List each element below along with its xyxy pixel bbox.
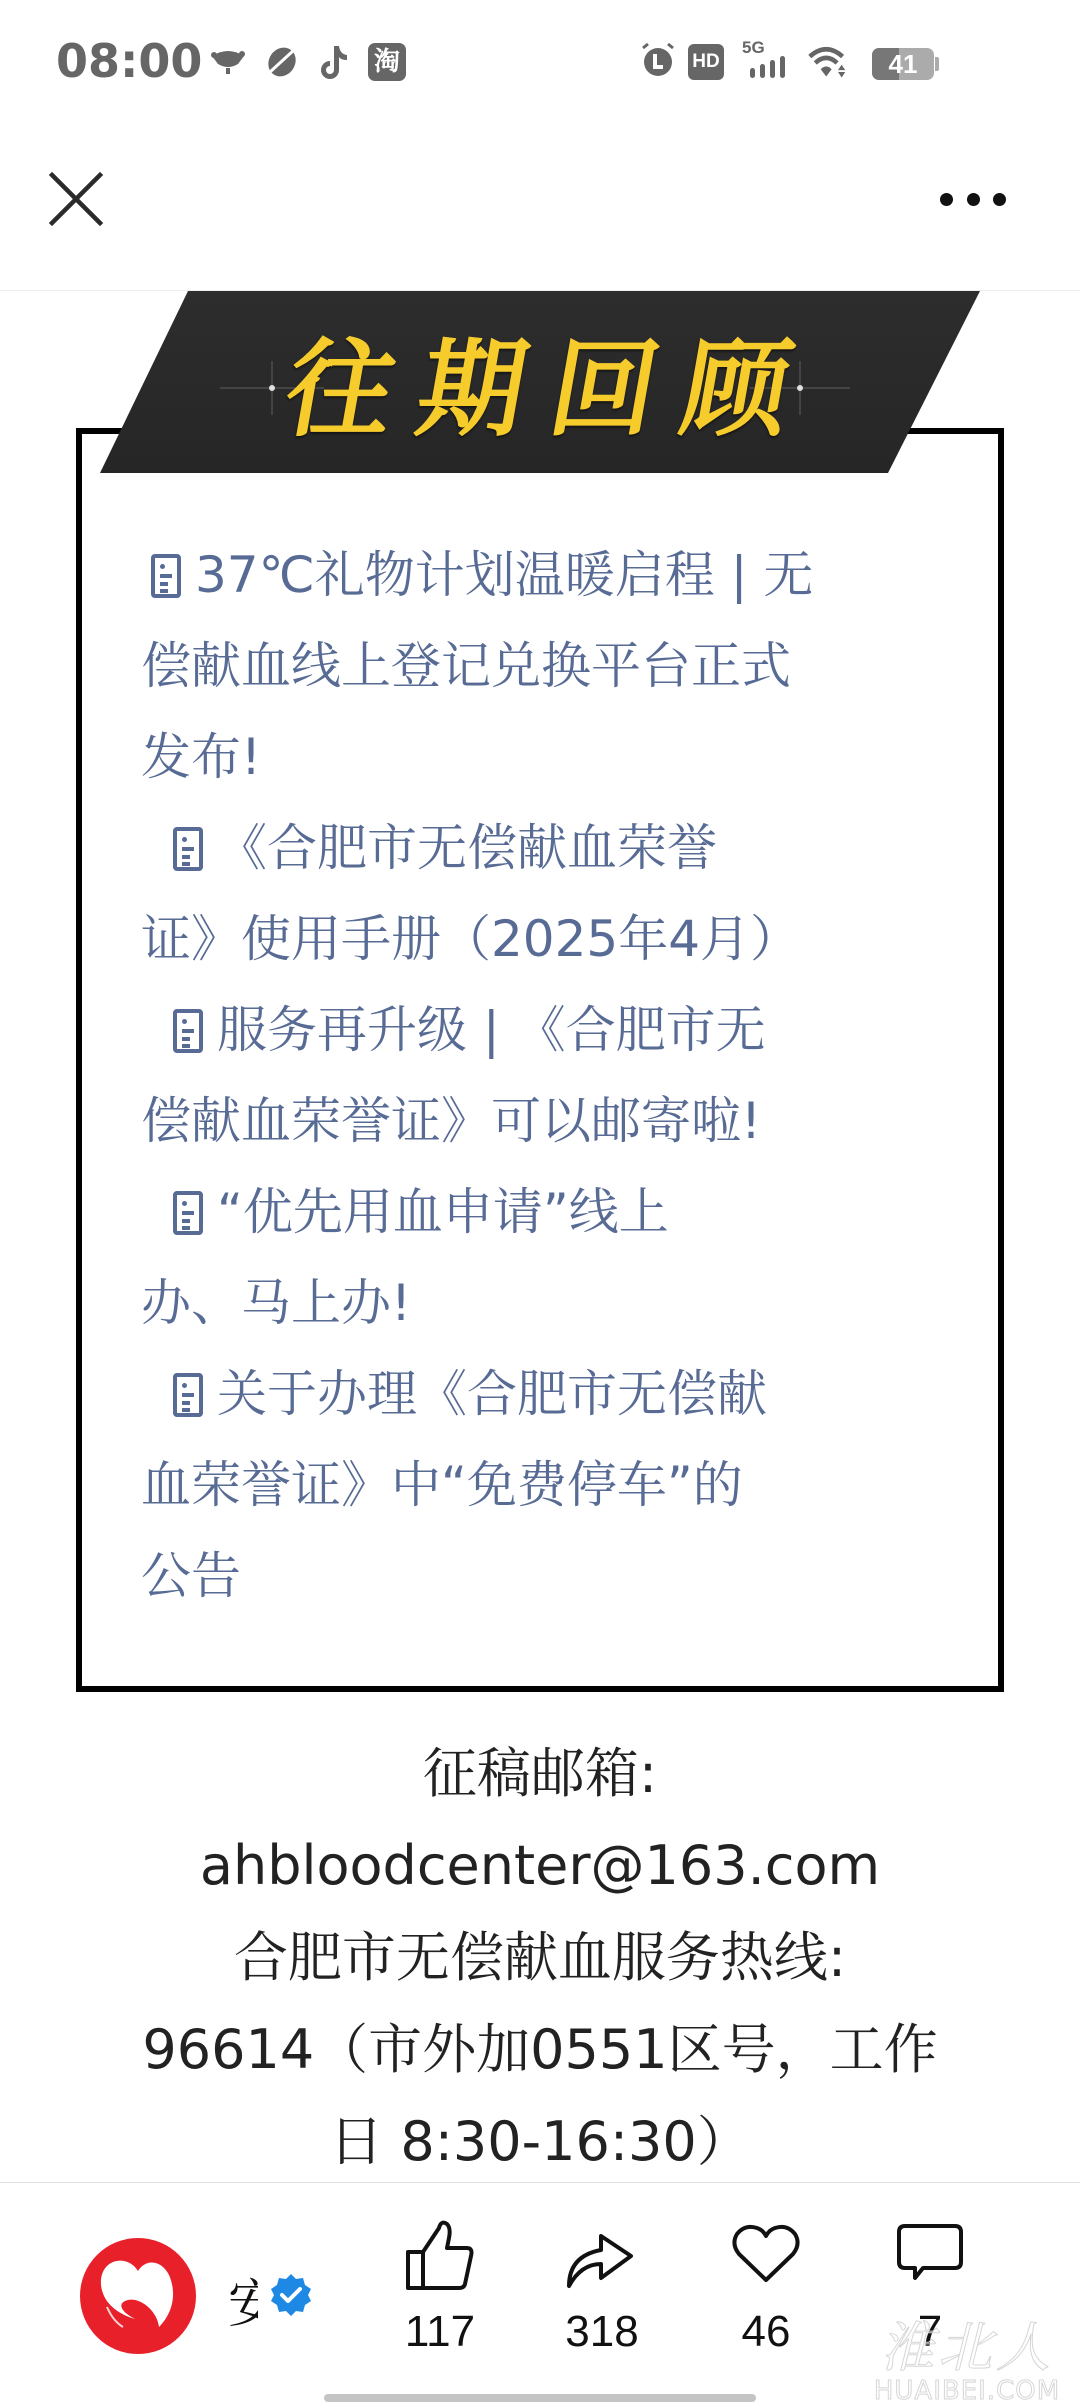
account-avatar[interactable] xyxy=(77,2235,199,2357)
alarm-icon xyxy=(638,40,678,80)
watermark-cn: 淮北人 xyxy=(862,2320,1072,2376)
account-name[interactable]: 安 xyxy=(228,2262,258,2337)
thumbs-up-icon xyxy=(403,2218,477,2292)
article-link-service-upgrade[interactable]: 服务再升级 | 《合肥市无 偿献血荣誉证》可以邮寄啦! xyxy=(141,985,941,1167)
doc-icon xyxy=(151,554,181,598)
article-title-line: 《合肥市无偿献血荣誉 xyxy=(217,819,717,877)
bottom-divider xyxy=(0,2182,1080,2183)
comment-icon xyxy=(893,2218,967,2292)
favorite-count: 46 xyxy=(706,2306,826,2358)
article-title-line: 偿献血荣誉证》可以邮寄啦! xyxy=(141,1092,761,1150)
watermark: 淮北人 HUAIBEI.COM xyxy=(862,2320,1072,2406)
article-title-line: 发布! xyxy=(141,728,261,786)
balloon-app-icon xyxy=(208,42,248,82)
article-title-line: 办、马上办! xyxy=(141,1274,411,1332)
article-link-gift-plan[interactable]: 37℃礼物计划温暖启程 | 无 偿献血线上登记兑换平台正式 发布! xyxy=(141,530,941,803)
past-articles-list: 37℃礼物计划温暖启程 | 无 偿献血线上登记兑换平台正式 发布! 《合肥市无偿… xyxy=(141,530,941,1622)
past-review-banner: 往期回顾 xyxy=(100,291,980,473)
banner-title: 往期回顾 xyxy=(87,305,994,457)
share-count: 318 xyxy=(542,2306,662,2358)
share-button[interactable]: 318 xyxy=(542,2218,662,2358)
article-title-line: 37℃礼物计划温暖启程 | 无 xyxy=(195,546,813,604)
email-label: 征稿邮箱: xyxy=(40,1728,1040,1820)
contact-info: 征稿邮箱: ahbloodcenter@163.com 合肥市无偿献血服务热线:… xyxy=(40,1728,1040,2188)
battery-level: 41 xyxy=(872,48,934,80)
doc-icon xyxy=(173,1373,203,1417)
article-title-line: “优先用血申请”线上 xyxy=(217,1183,669,1241)
watermark-en: HUAIBEI.COM xyxy=(862,2376,1072,2406)
tiktok-icon xyxy=(314,42,354,82)
planet-app-icon xyxy=(262,42,302,82)
close-icon[interactable] xyxy=(44,167,108,231)
article-link-priority-blood[interactable]: “优先用血申请”线上 办、马上办! xyxy=(141,1167,941,1349)
home-indicator[interactable] xyxy=(324,2394,756,2402)
hotline-hours: 日 8:30-16:30） xyxy=(40,2096,1040,2188)
heart-icon xyxy=(729,2218,803,2292)
verified-badge-icon xyxy=(268,2272,314,2318)
share-icon xyxy=(565,2218,639,2292)
article-title-line: 关于办理《合肥市无偿献 xyxy=(217,1365,767,1423)
battery-tip xyxy=(935,57,939,71)
article-title-line: 公告 xyxy=(141,1547,241,1605)
hd-icon: HD xyxy=(688,44,724,80)
doc-icon xyxy=(173,827,203,871)
hotline-number: 96614（市外加0551区号，工作 xyxy=(40,2004,1040,2096)
more-icon-dot xyxy=(967,193,980,206)
wifi-icon xyxy=(808,42,848,82)
article-title-line: 偿献血线上登记兑换平台正式 xyxy=(141,637,791,695)
hotline-label: 合肥市无偿献血服务热线: xyxy=(40,1912,1040,2004)
taobao-icon: 淘 xyxy=(368,43,406,81)
email-address[interactable]: ahbloodcenter@163.com xyxy=(40,1820,1040,1912)
article-title-line: 血荣誉证》中“免费停车”的 xyxy=(141,1456,743,1514)
doc-icon xyxy=(173,1009,203,1053)
signal-bars-icon xyxy=(748,40,792,80)
like-button[interactable]: 117 xyxy=(380,2218,500,2358)
battery-icon: 41 xyxy=(872,48,934,80)
article-link-free-parking[interactable]: 关于办理《合肥市无偿献 血荣誉证》中“免费停车”的 公告 xyxy=(141,1349,941,1622)
status-time: 08:00 xyxy=(56,34,202,88)
more-button[interactable] xyxy=(930,180,1016,220)
more-icon-dot xyxy=(993,193,1006,206)
article-link-honor-card-manual[interactable]: 《合肥市无偿献血荣誉 证》使用手册（2025年4月） xyxy=(141,803,941,985)
article-title-line: 服务再升级 | 《合肥市无 xyxy=(217,1001,766,1059)
favorite-button[interactable]: 46 xyxy=(706,2218,826,2358)
article-title-line: 证》使用手册（2025年4月） xyxy=(141,910,800,968)
doc-icon xyxy=(173,1191,203,1235)
more-icon-dot xyxy=(940,193,953,206)
like-count: 117 xyxy=(380,2306,500,2358)
